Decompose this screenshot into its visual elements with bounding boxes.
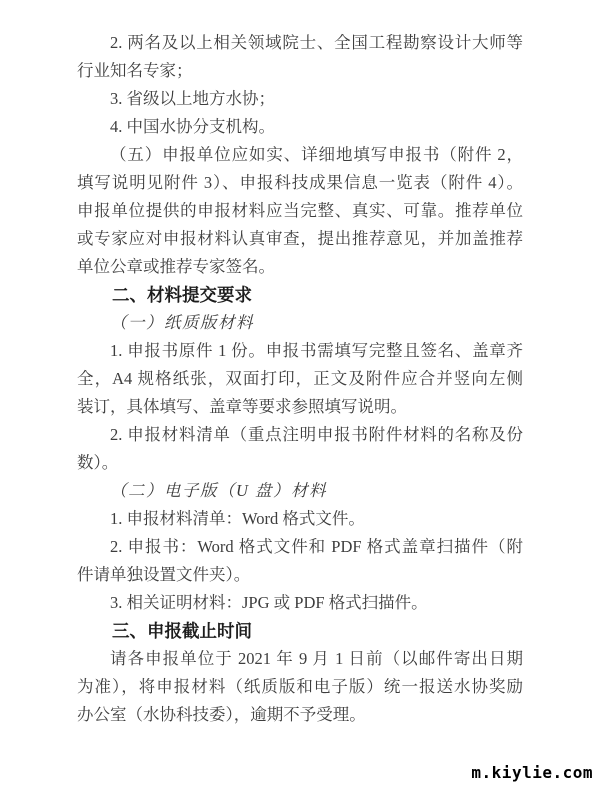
subsection-heading: （一）纸质版材料 <box>77 309 523 337</box>
body-text-line: 装订，具体填写、盖章等要求参照填写说明。 <box>77 393 523 421</box>
body-text-line: 3. 省级以上地方水协； <box>77 85 523 113</box>
body-text-line: 请各申报单位于 2021 年 9 月 1 日前（以邮件寄出日期 <box>77 645 523 673</box>
body-text-line: 2. 申报材料清单（重点注明申报书附件材料的名称及份 <box>77 421 523 449</box>
body-text-line: 1. 申报材料清单：Word 格式文件。 <box>77 505 523 533</box>
body-text-line: 3. 相关证明材料：JPG 或 PDF 格式扫描件。 <box>77 589 523 617</box>
section-heading: 二、材料提交要求 <box>77 281 523 309</box>
body-text-line: 或专家应对申报材料认真审查，提出推荐意见，并加盖推荐 <box>77 225 523 253</box>
body-text-line: 数）。 <box>77 449 523 477</box>
body-text-line: 行业知名专家； <box>77 57 523 85</box>
body-text-line: 2. 两名及以上相关领域院士、全国工程勘察设计大师等 <box>77 29 523 57</box>
body-text-line: 申报单位提供的申报材料应当完整、真实、可靠。推荐单位 <box>77 197 523 225</box>
section-heading: 三、申报截止时间 <box>77 617 523 645</box>
body-text-line: 1. 申报书原件 1 份。申报书需填写完整且签名、盖章齐 <box>77 337 523 365</box>
body-text-line: 2. 申报书：Word 格式文件和 PDF 格式盖章扫描件（附 <box>77 533 523 561</box>
body-text-line: 为准），将申报材料（纸质版和电子版）统一报送水协奖励 <box>77 673 523 701</box>
body-text-line: 办公室（水协科技委），逾期不予受理。 <box>77 701 523 729</box>
body-text-line: 全，A4 规格纸张，双面打印，正文及附件应合并竖向左侧 <box>77 365 523 393</box>
body-text-line: 填写说明见附件 3）、申报科技成果信息一览表（附件 4）。 <box>77 169 523 197</box>
watermark-text: m.kiylie.com <box>471 763 593 782</box>
body-text-line: 单位公章或推荐专家签名。 <box>77 253 523 281</box>
document-text-block: 2. 两名及以上相关领域院士、全国工程勘察设计大师等行业知名专家；3. 省级以上… <box>77 29 523 729</box>
body-text-line: 件请单独设置文件夹）。 <box>77 561 523 589</box>
document-page: 2. 两名及以上相关领域院士、全国工程勘察设计大师等行业知名专家；3. 省级以上… <box>0 0 596 790</box>
body-text-line: 4. 中国水协分支机构。 <box>77 113 523 141</box>
body-text-line: （五）申报单位应如实、详细地填写申报书（附件 2， <box>77 141 523 169</box>
subsection-heading: （二）电子版（U 盘）材料 <box>77 477 523 505</box>
